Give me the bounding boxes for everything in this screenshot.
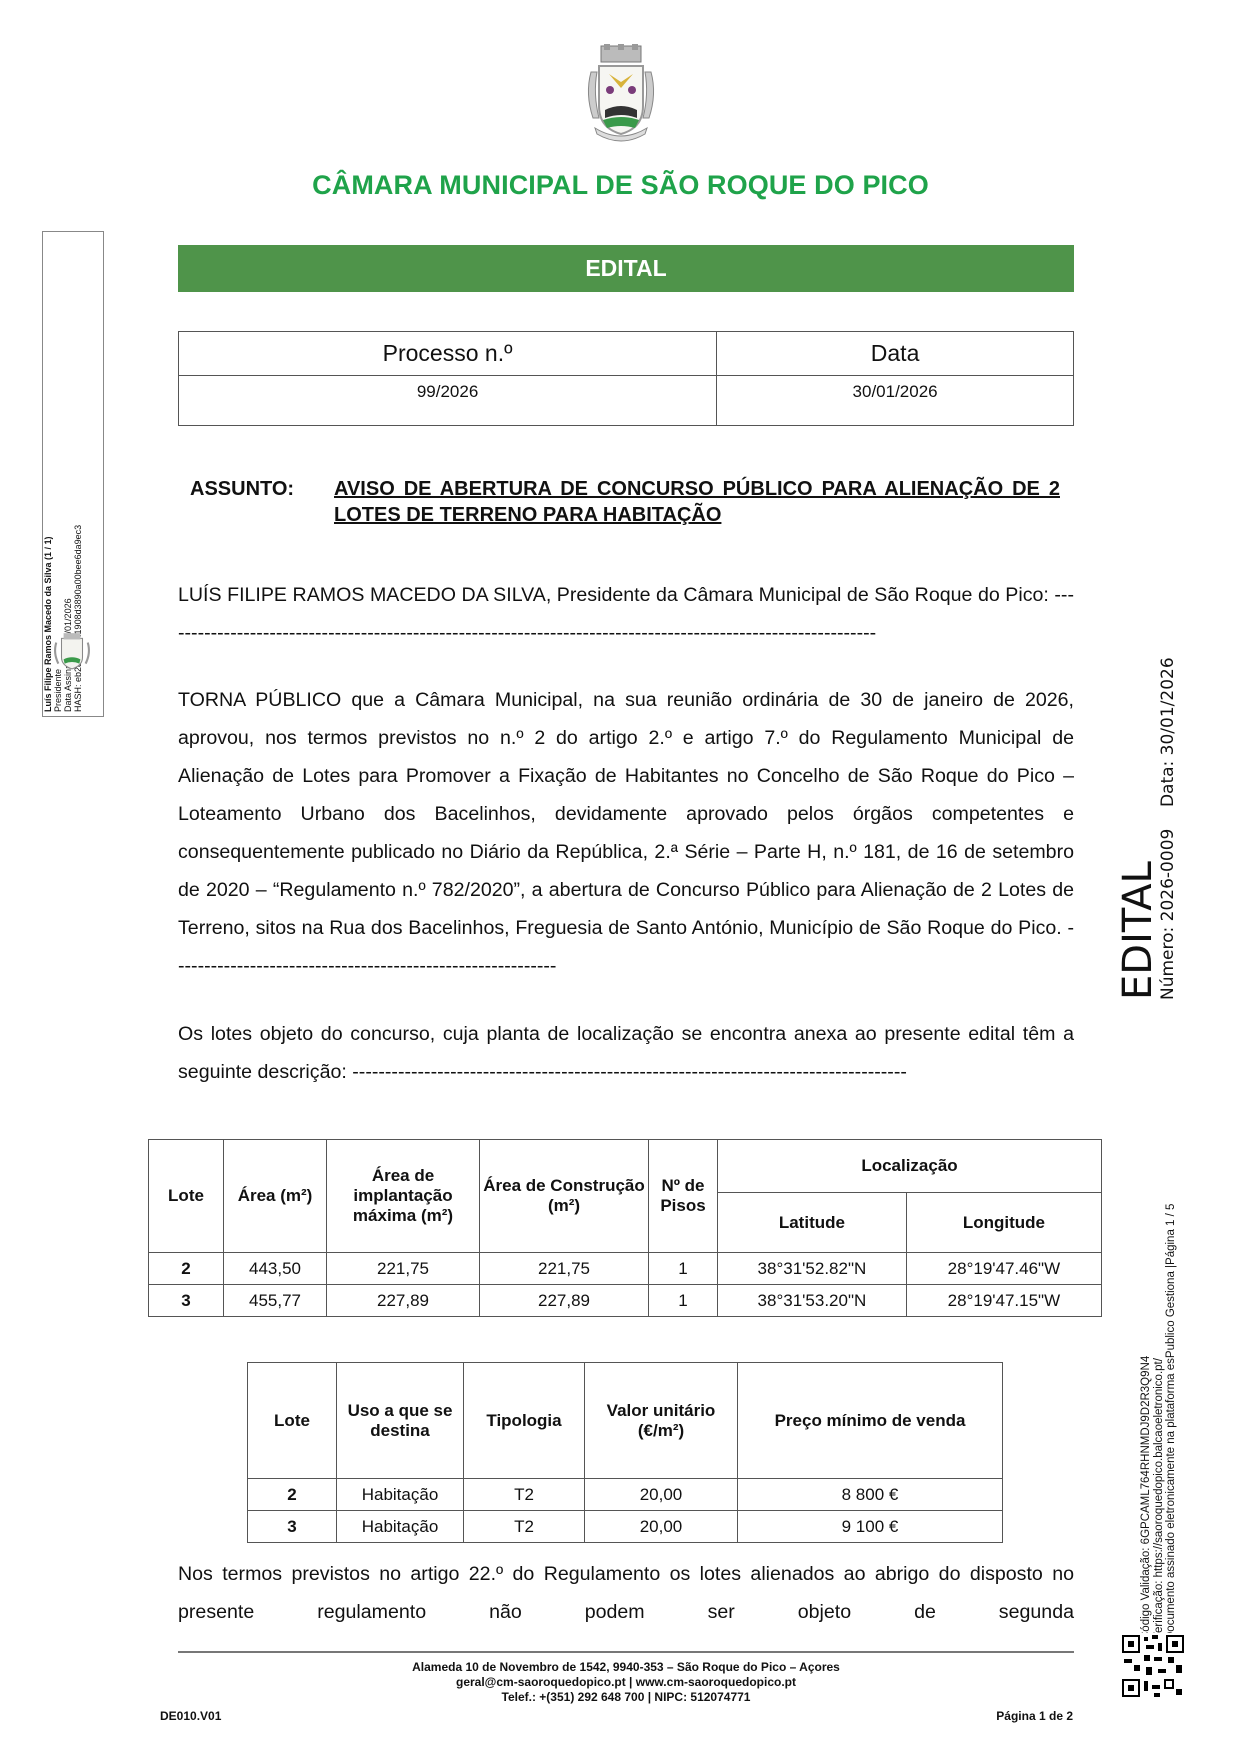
cell-area-construcao: 227,89 — [480, 1285, 649, 1317]
process-number-value: 99/2026 — [179, 376, 717, 426]
subject-label: ASSUNTO: — [190, 476, 294, 502]
paragraph-article-22: Nos termos previstos no artigo 22.º do R… — [178, 1555, 1074, 1631]
page-number: Página 1 de 2 — [996, 1709, 1073, 1723]
signed-document-note: Documento assinado eletronicamente na pl… — [1165, 1140, 1178, 1640]
edital-banner: EDITAL — [178, 245, 1074, 292]
stamp-number: Número: 2026-0009 — [1158, 829, 1178, 1000]
coat-of-arms-small-icon — [51, 630, 93, 672]
cell-valor: 20,00 — [585, 1511, 738, 1543]
col-area-construcao: Área de Construção (m²) — [480, 1140, 649, 1253]
footer-phone-line: Telef.: +(351) 292 648 700 | NIPC: 51207… — [178, 1690, 1074, 1705]
cell-valor: 20,00 — [585, 1479, 738, 1511]
col-latitude: Latitude — [718, 1193, 907, 1253]
col-area: Área (m²) — [224, 1140, 327, 1253]
validation-code: Código Validação: 6GPCAML764RHNMDJ9D2R3Q… — [1140, 1140, 1153, 1640]
document-code: DE010.V01 — [160, 1709, 221, 1723]
process-table: Processo n.º Data 99/2026 30/01/2026 — [178, 331, 1074, 426]
cell-tipologia: T2 — [464, 1511, 585, 1543]
signature-box: Luís Filipe Ramos Macedo da Silva (1 / 1… — [42, 231, 104, 717]
cell-uso: Habitação — [337, 1479, 464, 1511]
cell-latitude: 38°31'52.82"N — [718, 1253, 907, 1285]
stamp-title: EDITAL — [1118, 861, 1158, 1000]
price-table: Lote Uso a que se destina Tipologia Valo… — [247, 1362, 1003, 1543]
verification-block: Código Validação: 6GPCAML764RHNMDJ9D2R3Q… — [1140, 1140, 1200, 1640]
cell-area: 443,50 — [224, 1253, 327, 1285]
cell-latitude: 38°31'53.20"N — [718, 1285, 907, 1317]
table-row: 3 455,77 227,89 227,89 1 38°31'53.20"N 2… — [149, 1285, 1102, 1317]
cell-longitude: 28°19'47.46"W — [906, 1253, 1101, 1285]
cell-preco: 8 800 € — [738, 1479, 1003, 1511]
footer-contact-line: geral@cm-saoroquedopico.pt | www.cm-saor… — [178, 1675, 1074, 1690]
col-valor-unitario: Valor unitário (€/m²) — [585, 1363, 738, 1479]
paragraph-lots-description: Os lotes objeto do concurso, cuja planta… — [178, 1015, 1074, 1091]
qr-code-icon[interactable] — [1120, 1633, 1186, 1699]
stamp-date: Data: 30/01/2026 — [1158, 657, 1178, 807]
process-number-header: Processo n.º — [179, 332, 717, 376]
cell-area-implantacao: 221,75 — [327, 1253, 480, 1285]
paragraph-announcement: TORNA PÚBLICO que a Câmara Municipal, na… — [178, 681, 1074, 985]
cell-area-implantacao: 227,89 — [327, 1285, 480, 1317]
municipal-coat-of-arms-icon — [570, 44, 672, 144]
cell-lote: 3 — [149, 1285, 224, 1317]
cell-uso: Habitação — [337, 1511, 464, 1543]
col-longitude: Longitude — [906, 1193, 1101, 1253]
organization-title: CÂMARA MUNICIPAL DE SÃO ROQUE DO PICO — [0, 170, 1241, 201]
col-pisos: Nº de Pisos — [649, 1140, 718, 1253]
stamp-number-date: Número: 2026-0009 Data: 30/01/2026 — [1158, 657, 1178, 1000]
cell-tipologia: T2 — [464, 1479, 585, 1511]
cell-pisos: 1 — [649, 1253, 718, 1285]
col-lote: Lote — [149, 1140, 224, 1253]
col-area-implantacao: Área de implantação máxima (m²) — [327, 1140, 480, 1253]
table-row: 3 Habitação T2 20,00 9 100 € — [248, 1511, 1003, 1543]
cell-lote: 3 — [248, 1511, 337, 1543]
cell-area-construcao: 221,75 — [480, 1253, 649, 1285]
footer-address: Alameda 10 de Novembro de 1542, 9940-353… — [178, 1660, 1074, 1705]
col-uso: Uso a que se destina — [337, 1363, 464, 1479]
col-lote: Lote — [248, 1363, 337, 1479]
lots-table: Lote Área (m²) Área de implantação máxim… — [148, 1139, 1102, 1317]
subject-text: AVISO DE ABERTURA DE CONCURSO PÚBLICO PA… — [334, 476, 1060, 528]
cell-longitude: 28°19'47.15"W — [906, 1285, 1101, 1317]
col-tipologia: Tipologia — [464, 1363, 585, 1479]
footer-address-line: Alameda 10 de Novembro de 1542, 9940-353… — [178, 1660, 1074, 1675]
verification-url[interactable]: Verificação: https://saoroquedopico.balc… — [1153, 1140, 1166, 1640]
cell-pisos: 1 — [649, 1285, 718, 1317]
table-row: 2 Habitação T2 20,00 8 800 € — [248, 1479, 1003, 1511]
col-preco-minimo: Preço mínimo de venda — [738, 1363, 1003, 1479]
cell-preco: 9 100 € — [738, 1511, 1003, 1543]
edital-stamp: EDITAL Número: 2026-0009 Data: 30/01/202… — [1118, 640, 1178, 1000]
date-header: Data — [717, 332, 1074, 376]
footer-divider — [178, 1651, 1074, 1653]
table-row: 2 443,50 221,75 221,75 1 38°31'52.82"N 2… — [149, 1253, 1102, 1285]
cell-area: 455,77 — [224, 1285, 327, 1317]
col-localizacao: Localização — [718, 1140, 1102, 1193]
paragraph-president: LUÍS FILIPE RAMOS MACEDO DA SILVA, Presi… — [178, 576, 1074, 652]
date-value: 30/01/2026 — [717, 376, 1074, 426]
cell-lote: 2 — [248, 1479, 337, 1511]
cell-lote: 2 — [149, 1253, 224, 1285]
